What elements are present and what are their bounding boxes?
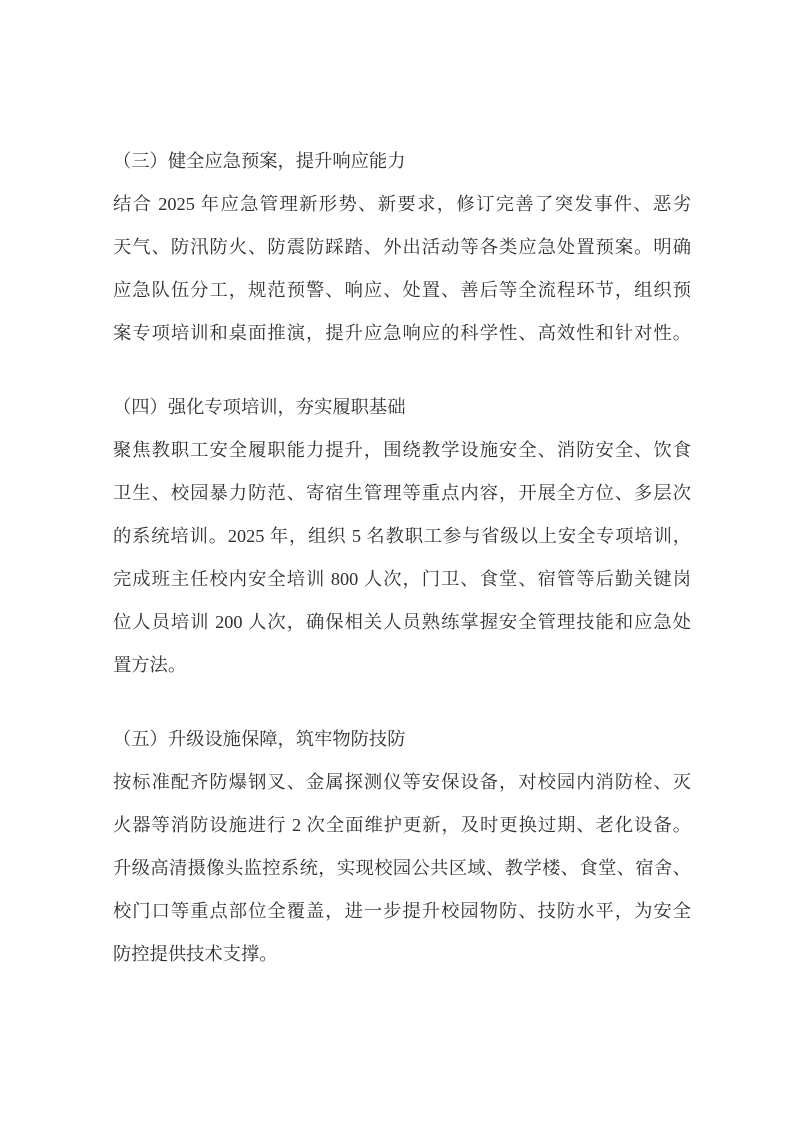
paragraph-line: 卫生、校园暴力防范、寄宿生管理等重点内容，开展全方位、多层次 <box>113 472 691 515</box>
section-heading: （五）升级设施保障，筑牢物防技防 <box>113 718 691 761</box>
paragraph-line: 完成班主任校内安全培训 800 人次，门卫、食堂、宿管等后勤关键岗 <box>113 558 691 601</box>
section-special-training: （四）强化专项培训，夯实履职基础 聚焦教职工安全履职能力提升，围绕教学设施安全、… <box>113 386 691 687</box>
document-body: （三）健全应急预案，提升响应能力 结合 2025 年应急管理新形势、新要求，修订… <box>113 140 691 976</box>
paragraph-line: 位人员培训 200 人次，确保相关人员熟练掌握安全管理技能和应急处 <box>113 601 691 644</box>
section-emergency-plans: （三）健全应急预案，提升响应能力 结合 2025 年应急管理新形势、新要求，修订… <box>113 140 691 355</box>
paragraph-line: 聚焦教职工安全履职能力提升，围绕教学设施安全、消防安全、饮食 <box>113 429 691 472</box>
paragraph-line: 应急队伍分工，规范预警、响应、处置、善后等全流程环节，组织预 <box>113 269 691 312</box>
document-page: （三）健全应急预案，提升响应能力 结合 2025 年应急管理新形势、新要求，修订… <box>0 0 793 1122</box>
paragraph-line: 天气、防汛防火、防震防踩踏、外出活动等各类应急处置预案。明确 <box>113 226 691 269</box>
paragraph-line: 校门口等重点部位全覆盖，进一步提升校园物防、技防水平，为安全 <box>113 890 691 933</box>
paragraph-line: 火器等消防设施进行 2 次全面维护更新，及时更换过期、老化设备。 <box>113 804 691 847</box>
section-facility-upgrade: （五）升级设施保障，筑牢物防技防 按标准配齐防爆钢叉、金属探测仪等安保设备，对校… <box>113 718 691 976</box>
section-heading: （三）健全应急预案，提升响应能力 <box>113 140 691 183</box>
paragraph-line: 升级高清摄像头监控系统，实现校园公共区域、教学楼、食堂、宿舍、 <box>113 847 691 890</box>
paragraph-line: 结合 2025 年应急管理新形势、新要求，修订完善了突发事件、恶劣 <box>113 183 691 226</box>
paragraph-line: 置方法。 <box>113 644 691 687</box>
paragraph-line: 案专项培训和桌面推演，提升应急响应的科学性、高效性和针对性。 <box>113 312 691 355</box>
paragraph-line: 防控提供技术支撑。 <box>113 933 691 976</box>
paragraph-line: 的系统培训。2025 年，组织 5 名教职工参与省级以上安全专项培训， <box>113 515 691 558</box>
section-heading: （四）强化专项培训，夯实履职基础 <box>113 386 691 429</box>
paragraph-line: 按标准配齐防爆钢叉、金属探测仪等安保设备，对校园内消防栓、灭 <box>113 761 691 804</box>
